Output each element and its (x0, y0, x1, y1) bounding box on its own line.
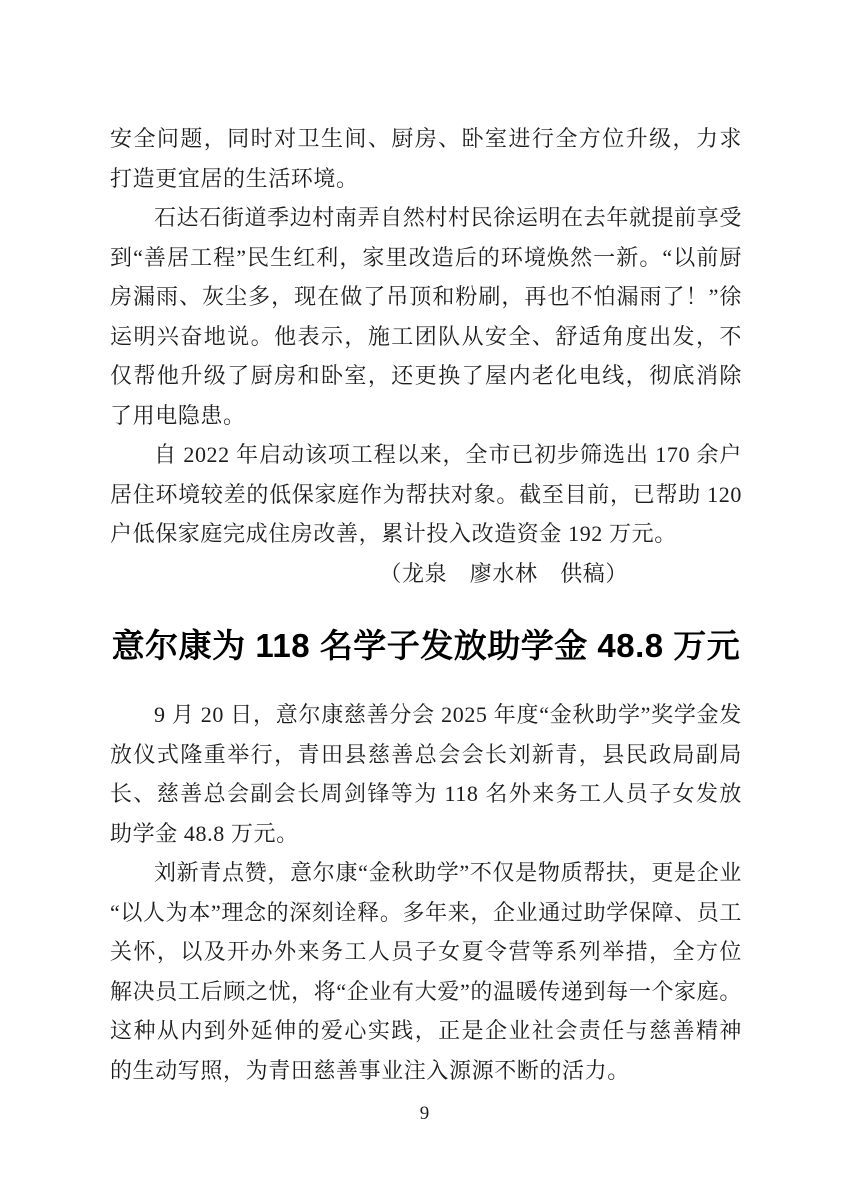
document-page: 安全问题，同时对卫生间、厨房、卧室进行全方位升级，力求打造更宜居的生活环境。 石… (0, 0, 849, 1200)
article1-paragraph-continued: 安全问题，同时对卫生间、厨房、卧室进行全方位升级，力求打造更宜居的生活环境。 (110, 119, 742, 198)
article-2: 9 月 20 日，意尔康慈善分会 2025 年度“金秋助学”奖学金发放仪式隆重举… (110, 695, 742, 1090)
page-content: 安全问题，同时对卫生间、厨房、卧室进行全方位升级，力求打造更宜居的生活环境。 石… (110, 119, 742, 1090)
article1-byline: （龙泉 廖水林 供稿） (110, 554, 742, 594)
article1-paragraph-2: 石达石街道季边村南弄自然村村民徐运明在去年就提前享受到“善居工程”民生红利，家里… (110, 198, 742, 435)
article-1: 安全问题，同时对卫生间、厨房、卧室进行全方位升级，力求打造更宜居的生活环境。 石… (110, 119, 742, 593)
page-footer: 9 (0, 1104, 849, 1124)
article2-title: 意尔康为 118 名学子发放助学金 48.8 万元 (110, 622, 742, 670)
page-number: 9 (420, 1103, 430, 1124)
article1-paragraph-3: 自 2022 年启动该项工程以来，全市已初步筛选出 170 余户居住环境较差的低… (110, 435, 742, 554)
article2-paragraph-2: 刘新青点赞，意尔康“金秋助学”不仅是物质帮扶，更是企业“以人为本”理念的深刻诠释… (110, 853, 742, 1090)
article2-paragraph-1: 9 月 20 日，意尔康慈善分会 2025 年度“金秋助学”奖学金发放仪式隆重举… (110, 695, 742, 853)
